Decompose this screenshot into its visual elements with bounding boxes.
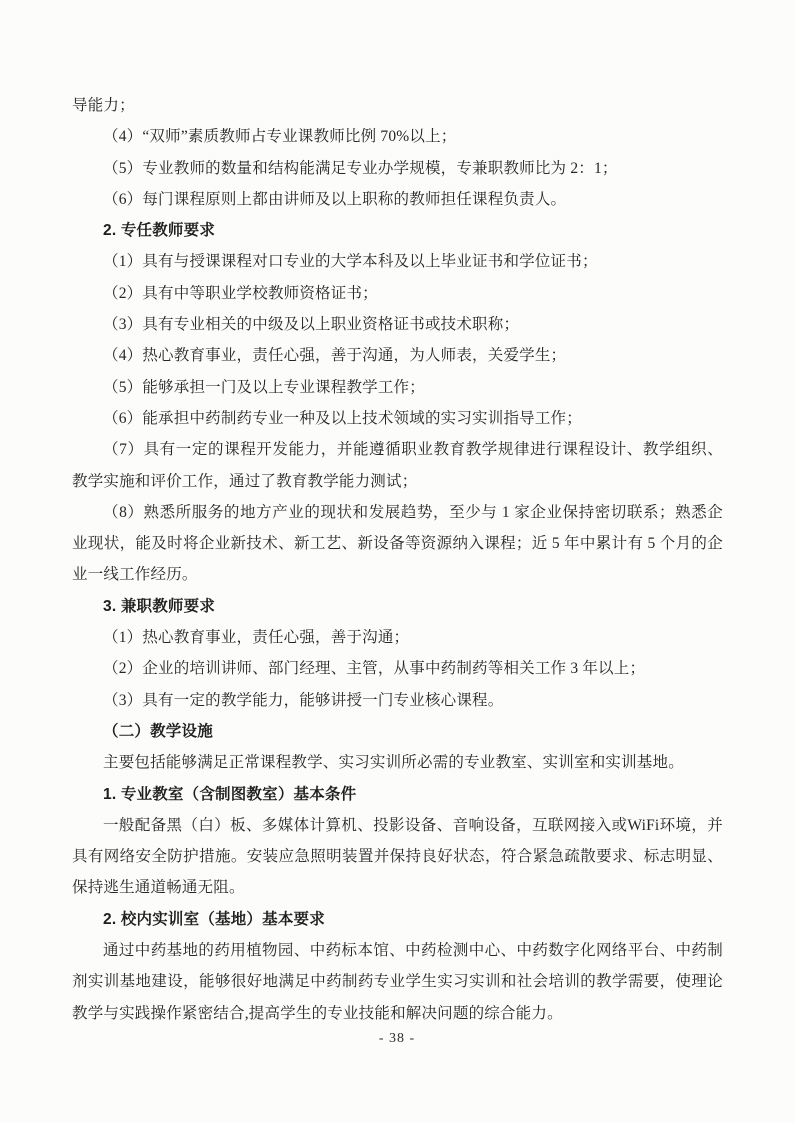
list-item: （6）能承担中药制药专业一种及以上技术领域的实习实训指导工作； — [72, 403, 723, 434]
list-item: （6）每门课程原则上都由讲师及以上职称的教师担任课程负责人。 — [72, 184, 723, 215]
list-item: （4）“双师”素质教师占专业课教师比例 70%以上； — [72, 121, 723, 152]
paragraph: 主要包括能够满足正常课程教学、实习实训所必需的专业教室、实训室和实训基地。 — [72, 747, 723, 778]
list-item: （2）具有中等职业学校教师资格证书； — [72, 278, 723, 309]
section-heading-part-time-teacher-requirements: 3. 兼职教师要求 — [72, 591, 723, 622]
list-item: （2）企业的培训讲师、部门经理、主管，从事中药制药等相关工作 3 年以上； — [72, 653, 723, 684]
page-number: - 38 - — [0, 1031, 794, 1047]
document-body: 导能力； （4）“双师”素质教师占专业课教师比例 70%以上； （5）专业教师的… — [72, 90, 723, 1029]
section-heading-campus-training-room-requirements: 2. 校内实训室（基地）基本要求 — [72, 904, 723, 935]
section-heading-teaching-facilities: （二）教学设施 — [72, 716, 723, 747]
list-item: （3）具有专业相关的中级及以上职业资格证书或技术职称； — [72, 309, 723, 340]
paragraph: 通过中药基地的药用植物园、中药标本馆、中药检测中心、中药数字化网络平台、中药制剂… — [72, 935, 723, 1029]
list-item: （8）熟悉所服务的地方产业的现状和发展趋势，至少与 1 家企业保持密切联系；熟悉… — [72, 497, 723, 591]
list-item: （7）具有一定的课程开发能力，并能遵循职业教育教学规律进行课程设计、教学组织、教… — [72, 434, 723, 497]
paragraph-continuation: 导能力； — [72, 90, 723, 121]
section-heading-full-time-teacher-requirements: 2. 专任教师要求 — [72, 215, 723, 246]
list-item: （1）具有与授课课程对口专业的大学本科及以上毕业证书和学位证书； — [72, 246, 723, 277]
document-page: 导能力； （4）“双师”素质教师占专业课教师比例 70%以上； （5）专业教师的… — [0, 0, 794, 1123]
list-item: （5）能够承担一门及以上专业课程教学工作； — [72, 372, 723, 403]
paragraph: 一般配备黑（白）板、多媒体计算机、投影设备、音响设备，互联网接入或WiFi环境，… — [72, 810, 723, 904]
list-item: （5）专业教师的数量和结构能满足专业办学规模，专兼职教师比为 2：1； — [72, 153, 723, 184]
list-item: （1）热心教育事业，责任心强，善于沟通； — [72, 622, 723, 653]
list-item: （3）具有一定的教学能力，能够讲授一门专业核心课程。 — [72, 685, 723, 716]
section-heading-classroom-conditions: 1. 专业教室（含制图教室）基本条件 — [72, 779, 723, 810]
list-item: （4）热心教育事业，责任心强，善于沟通，为人师表，关爱学生； — [72, 340, 723, 371]
